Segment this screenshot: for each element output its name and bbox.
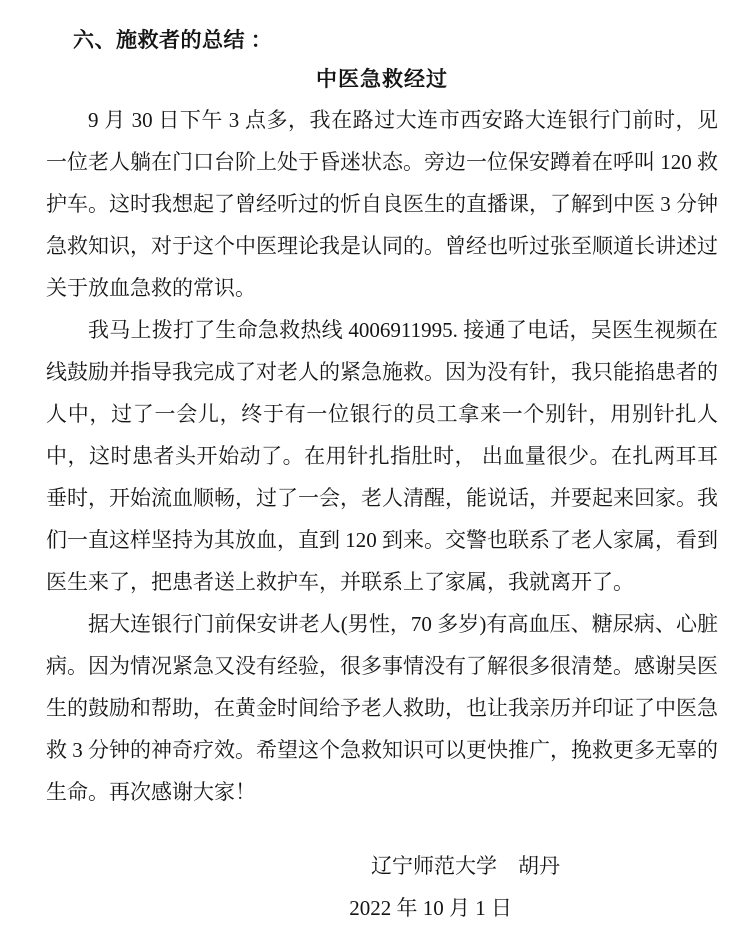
section-heading: 六、施救者的总结 ： [73,22,718,59]
document-page: 六、施救者的总结 ： 中医急救经过 9 月 30 日下午 3 点多，我在路过大连… [0,0,738,949]
document-title: 中医急救经过 [46,59,718,99]
date-line: 2022 年 10 月 1 日 [46,887,512,929]
paragraph-reflection: 据大连银行门前保安讲老人(男性，70 多岁)有高血压、糖尿病、心脏病。因为情况紧… [46,603,718,813]
paragraph-rescue-process: 我马上拨打了生命急救热线 4006911995. 接通了电话，吴医生视频在线鼓励… [46,309,718,603]
paragraph-incident-start: 9 月 30 日下午 3 点多，我在路过大连市西安路大连银行门前时，见一位老人躺… [46,99,718,309]
signature-line: 辽宁师范大学 胡丹 [46,845,560,887]
